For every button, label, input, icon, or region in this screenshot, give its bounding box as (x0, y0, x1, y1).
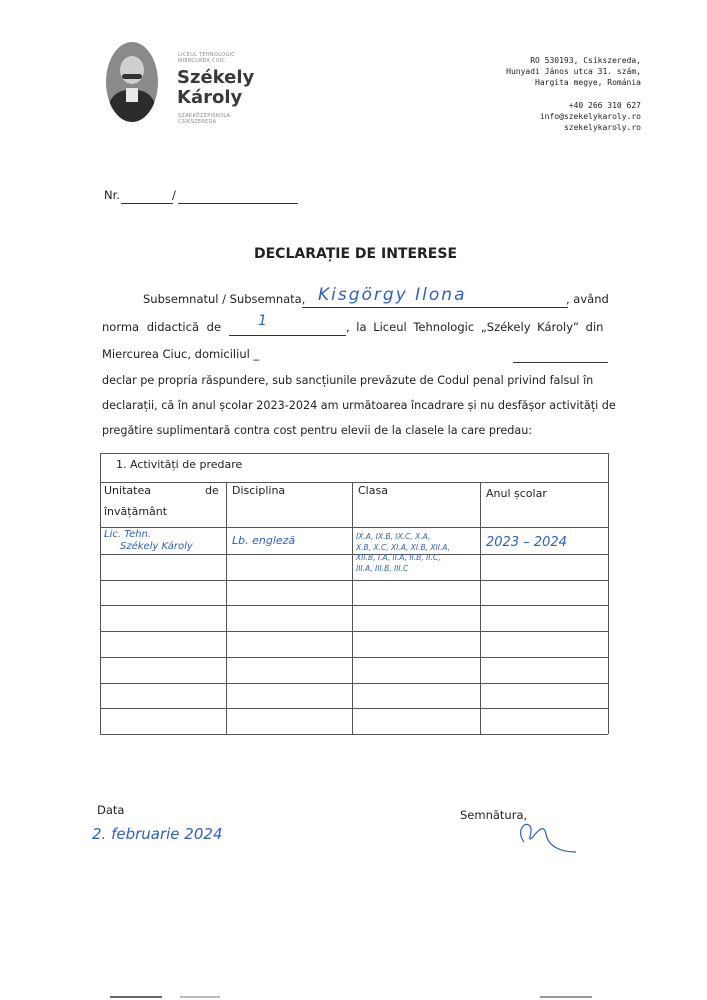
footer-mark (180, 996, 220, 998)
row-disciplina: Lb. engleză (232, 534, 295, 547)
clasa-line: XII.B, I.A, II.A, II.B, II.C, (356, 553, 450, 564)
table-border (480, 482, 481, 734)
table-border (608, 453, 609, 734)
footer-mark (110, 996, 162, 998)
header-clasa: Clasa (358, 484, 388, 497)
table-border (100, 708, 608, 709)
clasa-line: X.B, X.C, XI.A, XI.B, XII.A, (356, 543, 450, 554)
table-border (100, 631, 608, 632)
date-label: Data (97, 803, 124, 817)
table-border (100, 527, 608, 528)
clasa-line: IX.A, IX.B, IX.C, X.A, (356, 532, 450, 543)
table-border (100, 605, 608, 606)
date-value: 2. februarie 2024 (92, 825, 222, 843)
table-border (100, 657, 608, 658)
footer-mark (540, 996, 592, 998)
header-unitate-2: învățământ (104, 505, 167, 518)
row-unitate-2: Székely Károly (120, 541, 193, 552)
table-border (352, 482, 353, 734)
signature-mark (510, 812, 580, 857)
header-unitate: Unitatea (104, 484, 151, 497)
row-an-scolar: 2023 – 2024 (486, 535, 567, 550)
table-border (100, 580, 608, 581)
table-border (100, 482, 608, 483)
clasa-line: III.A, III.B, III.C (356, 564, 450, 575)
activities-table: 1. Activități de predare Unitatea de înv… (0, 0, 707, 1000)
table-border (100, 683, 608, 684)
table-border (226, 482, 227, 734)
header-an-scolar: Anul școlar (486, 487, 547, 500)
header-disciplina: Disciplina (232, 484, 285, 497)
table-section-title: 1. Activități de predare (116, 458, 242, 471)
header-unitate-de: de (205, 484, 219, 497)
table-border (100, 453, 101, 734)
row-clasa: IX.A, IX.B, IX.C, X.A, X.B, X.C, XI.A, X… (356, 532, 450, 574)
table-border (100, 453, 608, 454)
table-border (100, 554, 608, 555)
row-unitate-1: Lic. Tehn. (104, 529, 151, 540)
table-border (100, 734, 608, 735)
